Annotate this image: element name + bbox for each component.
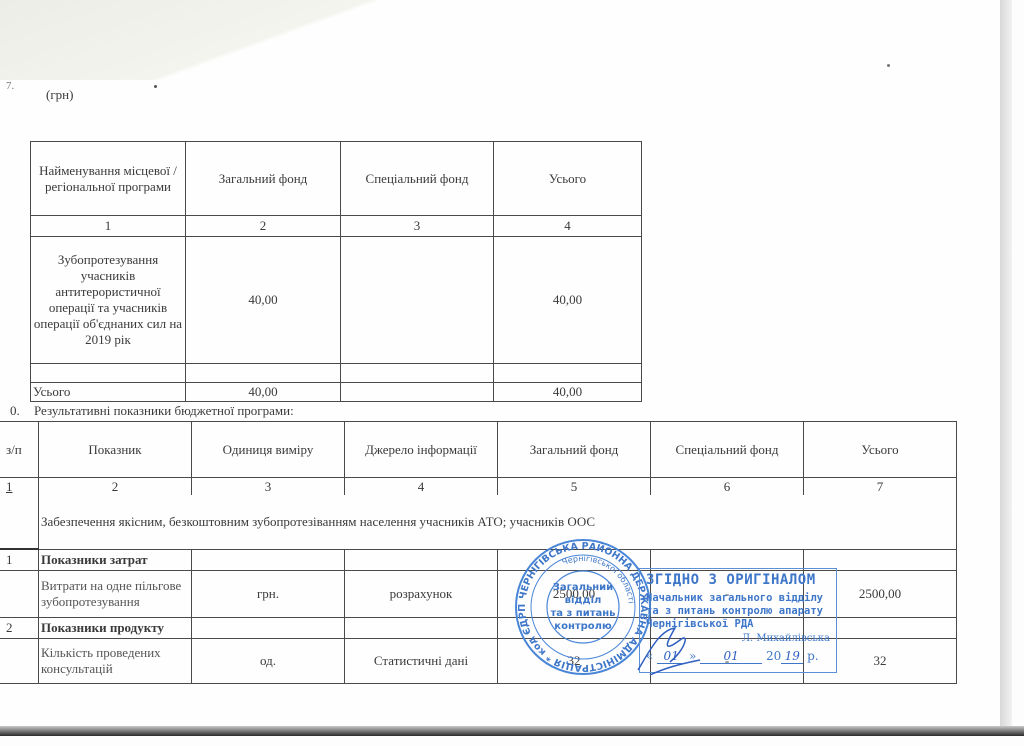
header-program-name: Найменування місцевої / регіональної про… — [31, 142, 186, 216]
total-special-fund — [341, 383, 494, 402]
currency-unit-label: (грн) — [46, 87, 73, 103]
indicators-section-title: 0.Результативні показники бюджетної прог… — [10, 403, 294, 419]
header-total: Усього — [494, 142, 642, 216]
indicator-source: Статистичні дані — [345, 639, 498, 684]
empty-cell — [0, 571, 39, 618]
signature-icon — [630, 620, 710, 680]
table-header-row: з/п Показник Одиниця виміру Джерело інфо… — [0, 422, 957, 478]
scan-speck — [887, 64, 890, 67]
page-fold-shadow — [0, 0, 1012, 80]
header-general-fund: Загальний фонд — [186, 142, 341, 216]
scanned-page: 7. (грн) Найменування місцевої / регіона… — [0, 0, 1012, 736]
column-number: 5 — [498, 478, 651, 496]
table-row: Зубопротезування учасників антитерористи… — [31, 237, 642, 364]
empty-cell — [31, 364, 186, 383]
column-number-row: 1 2 3 4 5 6 7 — [0, 478, 957, 496]
group-title: Показники затрат — [39, 549, 192, 571]
page-bottom-edge — [0, 726, 1024, 736]
column-number: 2 — [186, 216, 341, 237]
group-title: Показники продукту — [39, 618, 192, 639]
empty-cell — [0, 639, 39, 684]
empty-cell — [0, 495, 39, 549]
svg-text:та з питань: та з питань — [550, 608, 615, 619]
header-total: Усього — [804, 422, 957, 478]
scan-speck — [154, 85, 157, 88]
stamp-title: ЗГІДНО З ОРИГІНАЛОМ — [646, 572, 816, 588]
page-edge — [1000, 0, 1012, 736]
indicator-unit: од. — [192, 639, 345, 684]
header-special-fund: Спеціальний фонд — [341, 142, 494, 216]
empty-cell — [192, 618, 345, 639]
header-special-fund: Спеціальний фонд — [651, 422, 804, 478]
total-label: Усього — [31, 383, 186, 402]
group-number: 1 — [0, 549, 39, 571]
empty-row — [31, 364, 642, 383]
total-row: Усього 40,00 40,00 — [31, 383, 642, 402]
header-source: Джерело інформації — [345, 422, 498, 478]
header-unit: Одиниця виміру — [192, 422, 345, 478]
section-number: 0. — [10, 403, 34, 419]
stamp-date-year-prefix: 20 — [766, 649, 781, 663]
stamp-signer: Л. Михайлівська — [742, 633, 830, 644]
indicator-name: Кількість проведених консультацій — [39, 639, 192, 684]
column-number: 2 — [39, 478, 192, 496]
empty-cell — [341, 364, 494, 383]
program-total: 40,00 — [494, 237, 642, 364]
indicator-unit: грн. — [192, 571, 345, 618]
stamp-date-suffix: р. — [807, 649, 819, 663]
program-general-fund: 40,00 — [186, 237, 341, 364]
svg-text:контролю: контролю — [554, 621, 612, 632]
svg-text:відділ: відділ — [565, 595, 602, 606]
empty-cell — [186, 364, 341, 383]
program-goal: Забезпечення якісним, безкоштовним зубоп… — [39, 495, 957, 549]
local-programs-table: Найменування місцевої / регіональної про… — [30, 141, 642, 402]
empty-cell — [345, 618, 498, 639]
column-number: 1 — [31, 216, 186, 237]
total-total: 40,00 — [494, 383, 642, 402]
svg-text:Загальний: Загальний — [553, 582, 613, 593]
program-name: Зубопротезування учасників антитерористи… — [31, 237, 186, 364]
column-number: 3 — [192, 478, 345, 496]
column-number: 7 — [804, 478, 957, 496]
program-special-fund — [341, 237, 494, 364]
column-number: 3 — [341, 216, 494, 237]
column-number-row: 1 2 3 4 — [31, 216, 642, 237]
section-title-text: Результативні показники бюджетної програ… — [34, 403, 294, 418]
total-general-fund: 40,00 — [186, 383, 341, 402]
column-number: 4 — [494, 216, 642, 237]
empty-cell — [494, 364, 642, 383]
header-row-number: з/п — [0, 422, 39, 478]
group-number: 2 — [0, 618, 39, 639]
empty-cell — [345, 549, 498, 571]
section-marker: 7. — [6, 80, 14, 92]
table-header-row: Найменування місцевої / регіональної про… — [31, 142, 642, 216]
stamp-line: Начальник загального відділу — [646, 592, 823, 604]
stamp-line: та з питань контролю апарату — [646, 605, 823, 617]
empty-cell — [192, 549, 345, 571]
column-number: 6 — [651, 478, 804, 496]
stamp-date-year-suffix: 19 — [781, 649, 803, 664]
header-general-fund: Загальний фонд — [498, 422, 651, 478]
column-number: 4 — [345, 478, 498, 496]
header-indicator: Показник — [39, 422, 192, 478]
indicator-name: Витрати на одне пільгове зубопротезуванн… — [39, 571, 192, 618]
indicator-source: розрахунок — [345, 571, 498, 618]
goal-row: Забезпечення якісним, безкоштовним зубоп… — [0, 495, 957, 549]
column-number: 1 — [0, 478, 39, 496]
